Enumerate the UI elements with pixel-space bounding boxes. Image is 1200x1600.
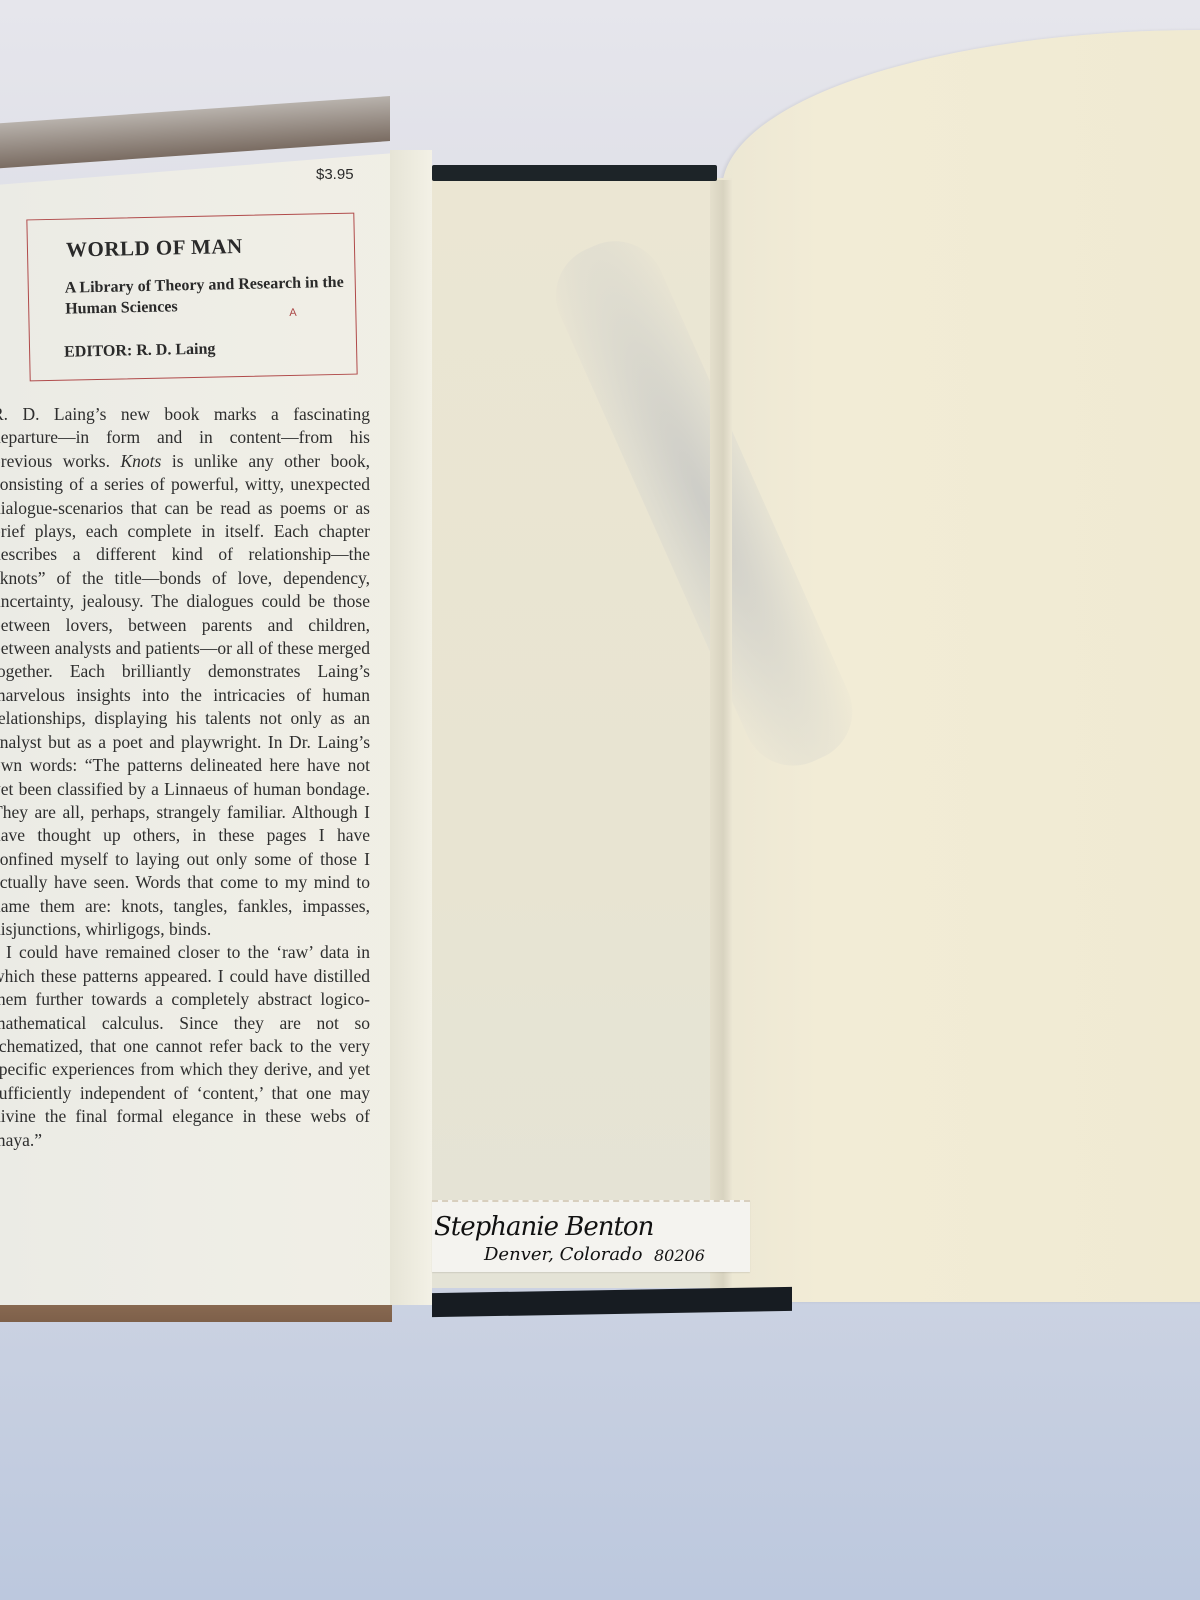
owner-zip: 80206 [654, 1246, 705, 1265]
blurb-text: is unlike any other book, consisting of … [0, 451, 370, 939]
series-subtitle: A Library of Theory and Research in the … [65, 272, 346, 320]
cover-board-bottom [432, 1287, 792, 1317]
book-gutter [710, 180, 732, 1290]
owner-label: Stephanie Benton Denver, Colorado 80206 [432, 1200, 750, 1272]
book-title: Knots [120, 451, 161, 471]
price-label: $3.95 [316, 166, 354, 183]
jacket-mylar-top [0, 96, 390, 169]
series-editor: EDITOR: R. D. Laing [64, 341, 216, 362]
blurb-paragraph: R. D. Laing’s new book marks a fascinati… [0, 403, 370, 941]
flap-fold-edge [390, 150, 432, 1305]
blurb-paragraph: I could have remained closer to the ‘raw… [0, 941, 370, 1152]
pencil-mark: A [289, 307, 297, 319]
photo-scene: $3.95 WORLD OF MAN A Library of Theory a… [0, 0, 1200, 1600]
owner-name: Stephanie Benton [434, 1212, 653, 1242]
series-title: WORLD OF MAN [66, 234, 243, 263]
series-box: WORLD OF MAN A Library of Theory and Res… [26, 213, 357, 382]
flap-blurb: R. D. Laing’s new book marks a fascinati… [0, 403, 370, 1152]
cover-board-top [432, 165, 717, 181]
owner-city: Denver, Colorado [484, 1244, 642, 1265]
